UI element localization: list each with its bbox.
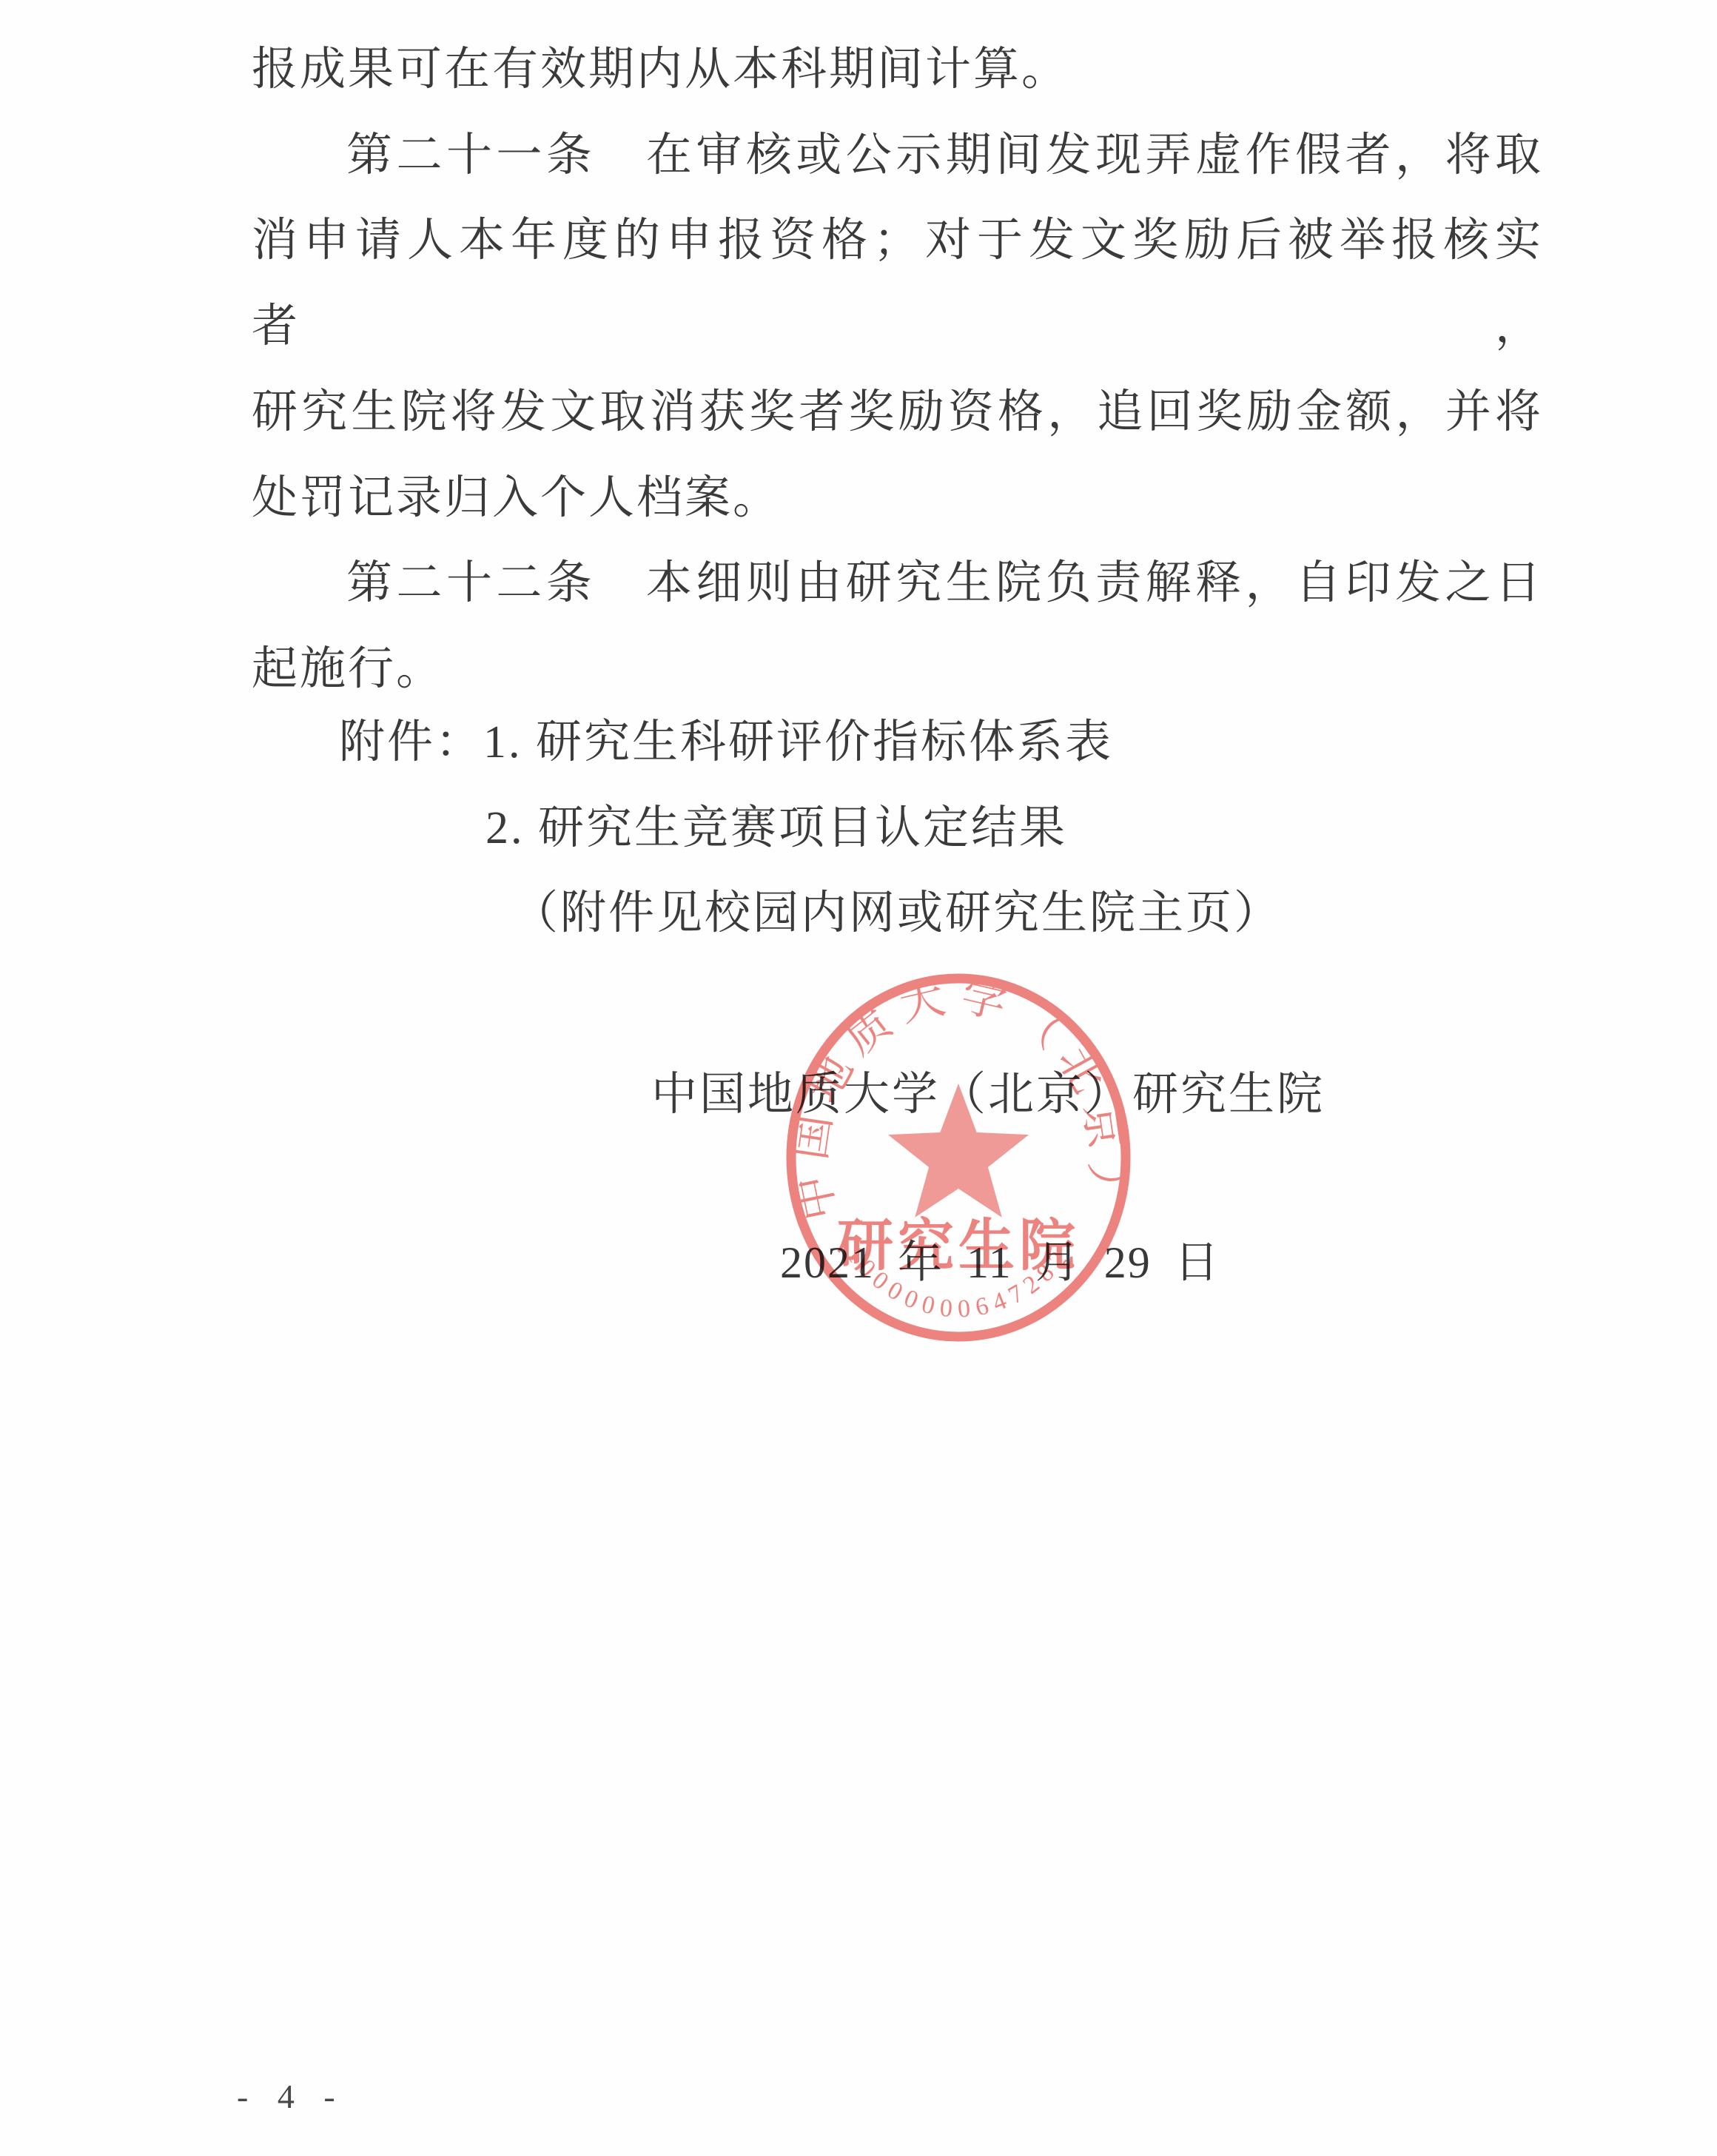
attachment-line-3: （附件见校园内网或研究生院主页） [512,871,1543,957]
body-line-2: 第二十一条 在审核或公示期间发现弄虚作假者，将取 [252,113,1543,199]
seal-star-icon [888,1084,1029,1218]
attachment-line-1: 附件：1. 研究生科研评价指标体系表 [339,700,1543,786]
page-number: - 4 - [237,2077,340,2116]
official-seal: 中国地质大学（北京） 研究生院 10000000647282 [781,967,1136,1348]
body-line-4: 研究生院将发文取消获奖者奖励资格，追回奖励金额，并将 [252,370,1543,456]
attachments-block: 附件：1. 研究生科研评价指标体系表 2. 研究生竞赛项目认定结果 （附件见校园… [252,700,1543,957]
body-line-5: 处罚记录归入个人档案。 [252,456,1543,542]
attachment-line-2: 2. 研究生竞赛项目认定结果 [485,786,1543,872]
body-paragraphs: 报成果可在有效期内从本科期间计算。 第二十一条 在审核或公示期间发现弄虚作假者，… [252,27,1543,713]
body-line-3: 消申请人本年度的申报资格；对于发文奖励后被举报核实者， [252,198,1543,369]
document-page: 报成果可在有效期内从本科期间计算。 第二十一条 在审核或公示期间发现弄虚作假者，… [0,0,1717,2156]
body-line-1: 报成果可在有效期内从本科期间计算。 [252,27,1543,113]
body-line-6: 第二十二条 本细则由研究生院负责解释，自印发之日 [252,541,1543,627]
